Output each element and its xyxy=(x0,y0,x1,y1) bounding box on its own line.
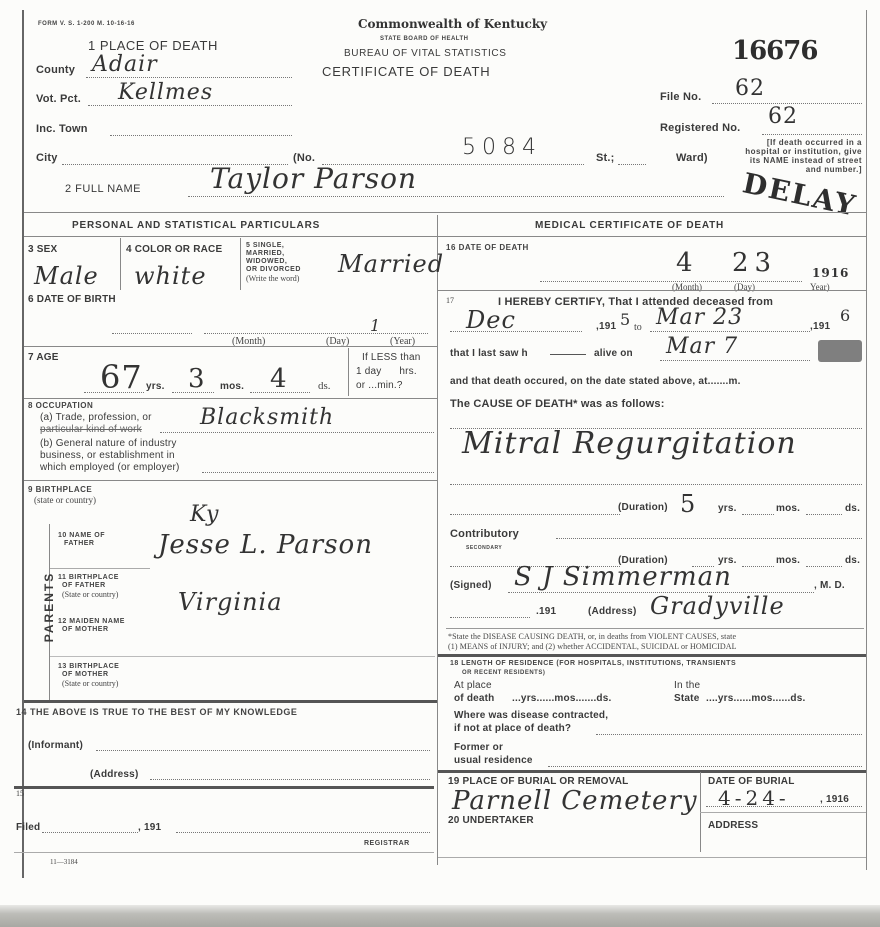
date-of-death-label: 16 DATE OF DEATH xyxy=(446,244,529,252)
cause-of-death-value: Mitral Regurgitation xyxy=(462,426,797,461)
sex-label: 3 SEX xyxy=(28,244,57,255)
cause-footnote-1: *State the DISEASE CAUSING DEATH, or, in… xyxy=(448,632,736,641)
former-residence-label-2: usual residence xyxy=(454,755,533,766)
contributory-mos-caption: mos. xyxy=(776,555,800,566)
certify-number: 17 xyxy=(446,296,454,305)
form-code: FORM V. S. 1-200 M. 10-16-16 xyxy=(38,20,135,28)
signed-year-prefix: .191 xyxy=(536,606,556,617)
cause-of-death-label: The CAUSE OF DEATH* was as follows: xyxy=(450,398,665,410)
signed-label: (Signed) xyxy=(450,580,492,591)
undertaker-label: 20 UNDERTAKER xyxy=(448,815,534,826)
filed-year-prefix: , 191 xyxy=(138,822,161,833)
less-than-min-label: or ...min.? xyxy=(356,380,403,391)
duration-ds-caption: ds. xyxy=(845,503,860,514)
age-days-value: 4 xyxy=(270,364,288,394)
age-years-value: 67 xyxy=(100,358,143,396)
filed-label: Filed xyxy=(16,822,40,833)
contributory-ds-caption: ds. xyxy=(845,555,860,566)
former-residence-label-1: Former or xyxy=(454,742,503,753)
sex-value: Male xyxy=(34,262,99,290)
marital-status-label: 5 SINGLE, MARRIED, WIDOWED, OR DIVORCED … xyxy=(246,242,301,283)
birthplace-value: Ky xyxy=(190,502,219,527)
residence-title: 18 LENGTH OF RESIDENCE (FOR HOSPITALS, I… xyxy=(450,660,736,668)
mother-maiden-name-label: 12 MAIDEN NAME OF MOTHER xyxy=(58,618,125,634)
medical-section-title: MEDICAL CERTIFICATE OF DEATH xyxy=(535,220,724,231)
residence-title-2: OR RECENT RESIDENTS) xyxy=(462,669,545,677)
commonwealth-title: Commonwealth of Kentucky xyxy=(358,17,547,31)
registered-no-label: Registered No. xyxy=(660,122,740,134)
personal-section-title: PERSONAL AND STATISTICAL PARTICULARS xyxy=(72,220,320,231)
occupation-a-label: (a) Trade, profession, or xyxy=(40,412,152,423)
death-occurred-text: and that death occured, on the date stat… xyxy=(450,376,741,387)
burial-date-year: , 1916 xyxy=(820,794,849,805)
less-than-hrs-label: 1 day hrs. xyxy=(356,366,417,377)
registered-no-value: 62 xyxy=(768,104,798,129)
color-race-value: white xyxy=(134,262,207,290)
last-saw-text: that I last saw h xyxy=(450,348,528,359)
attended-from-year-value: 5 xyxy=(620,310,631,329)
birthplace-label: 9 BIRTHPLACE xyxy=(28,486,92,494)
undertaker-address-label: ADDRESS xyxy=(708,820,758,831)
attended-to-year-prefix: ,191 xyxy=(810,321,830,332)
date-of-birth-day-value: 1 xyxy=(370,316,381,335)
full-name-value: Taylor Parson xyxy=(210,162,417,195)
occupation-b-label-2: business, or establishment in xyxy=(40,450,175,461)
attended-to-prefix: to xyxy=(634,322,642,333)
informant-label: (Informant) xyxy=(28,740,83,751)
father-birthplace-value: Virginia xyxy=(178,588,283,616)
right-border xyxy=(866,10,867,870)
form-footer-code: 11—3184 xyxy=(50,858,78,866)
at-place-label-1: At place xyxy=(454,680,492,691)
age-yrs-caption: yrs. xyxy=(146,381,165,392)
physician-address-value: Gradyville xyxy=(650,592,785,620)
place-of-death-title: 1 PLACE OF DEATH xyxy=(88,38,218,53)
left-border xyxy=(22,10,24,878)
scan-edge xyxy=(0,905,880,927)
age-ds-caption: ds. xyxy=(318,380,331,392)
death-year-value: 1916 xyxy=(812,266,849,280)
attended-to-value: Mar 23 xyxy=(656,305,743,330)
last-saw-date-value: Mar 7 xyxy=(666,334,738,359)
death-certificate: FORM V. S. 1-200 M. 10-16-16 1 PLACE OF … xyxy=(0,0,880,927)
color-race-label: 4 COLOR OR RACE xyxy=(126,244,222,255)
file-no-value: 62 xyxy=(735,76,765,101)
at-place-fields: ...yrs......mos.......ds. xyxy=(512,693,611,704)
secondary-label: SECONDARY xyxy=(466,544,502,552)
burial-date-value: 4-24- xyxy=(718,786,790,810)
duration-label: (Duration) xyxy=(618,502,668,513)
parents-label: PARENTS xyxy=(42,572,56,642)
vot-pct-value: Kellmes xyxy=(118,80,213,105)
mother-birthplace-label: 13 BIRTHPLACE OF MOTHER (State or countr… xyxy=(58,663,119,688)
file-no-label: File No. xyxy=(660,91,701,103)
father-name-value: Jesse L. Parson xyxy=(158,530,373,560)
county-value: Adair xyxy=(92,52,158,77)
cause-footnote-2: (1) MEANS of INJURY; and (2) whether ACC… xyxy=(448,642,737,651)
county-label: County xyxy=(36,64,75,76)
board-of-health: STATE BOARD OF HEALTH xyxy=(380,35,469,43)
occupation-label: 8 OCCUPATION xyxy=(28,402,93,410)
delay-stamp: DELAY xyxy=(740,166,860,222)
attended-to-year-value: 6 xyxy=(840,306,851,325)
duration-mos-caption: mos. xyxy=(776,503,800,514)
at-place-label-2: of death xyxy=(454,693,495,704)
occupation-b-label-3: which employed (or employer) xyxy=(40,462,180,473)
age-label: 7 AGE xyxy=(28,352,59,363)
occupation-trade-value: Blacksmith xyxy=(200,405,334,430)
date-of-birth-label: 6 DATE OF BIRTH xyxy=(28,294,116,305)
city-label: City xyxy=(36,152,58,164)
birthplace-caption: (state or country) xyxy=(34,495,96,505)
marital-status-value: Married xyxy=(338,250,444,278)
age-mos-caption: mos. xyxy=(220,381,244,392)
age-months-value: 3 xyxy=(188,364,206,394)
in-state-fields: ....yrs......mos......ds. xyxy=(706,693,805,704)
section-15-number: 15 xyxy=(16,789,24,798)
father-birthplace-label: 11 BIRTHPLACE OF FATHER (State or countr… xyxy=(58,574,119,599)
death-month-value: 4 xyxy=(676,248,694,278)
street-label: St.; xyxy=(596,152,615,164)
physician-address-label: (Address) xyxy=(588,606,636,617)
death-day-value: 23 xyxy=(732,248,777,278)
full-name-label: 2 FULL NAME xyxy=(65,183,141,195)
registrar-label: REGISTRAR xyxy=(364,840,410,848)
certificate-title: CERTIFICATE OF DEATH xyxy=(322,64,490,79)
occupation-a-label-2: particular kind of work xyxy=(40,424,142,435)
attended-from-value: Dec xyxy=(466,306,516,334)
in-state-label-1: In the xyxy=(674,680,700,691)
burial-place-value: Parnell Cemetery xyxy=(452,786,698,816)
street-number-value: 5084 xyxy=(462,135,542,160)
duration-years-value: 5 xyxy=(680,490,696,518)
center-divider xyxy=(437,215,438,865)
certificate-number-stamp: 16676 xyxy=(732,36,817,66)
contracted-label-1: Where was disease contracted, xyxy=(454,710,608,721)
informant-attestation: 14 THE ABOVE IS TRUE TO THE BEST OF MY K… xyxy=(16,708,297,716)
in-state-label-2: State xyxy=(674,693,699,704)
physician-signature: S J Simmerman xyxy=(514,562,732,592)
ward-label: Ward) xyxy=(676,152,708,164)
inc-town-label: Inc. Town xyxy=(36,123,88,135)
less-than-day-label: If LESS than xyxy=(362,352,421,363)
informant-address-label: (Address) xyxy=(90,769,138,780)
contributory-label: Contributory xyxy=(450,528,519,540)
vot-pct-label: Vot. Pct. xyxy=(36,93,81,105)
father-name-label: 10 NAME OF FATHER xyxy=(58,532,105,548)
redaction-mark xyxy=(818,340,862,362)
duration-yrs-caption: yrs. xyxy=(718,503,737,514)
attended-from-year-prefix: ,191 xyxy=(596,321,616,332)
occupation-b-label-1: (b) General nature of industry xyxy=(40,438,177,449)
bureau-title: BUREAU OF VITAL STATISTICS xyxy=(344,48,506,59)
contracted-label-2: if not at place of death? xyxy=(454,723,571,734)
last-saw-alive-label: alive on xyxy=(594,348,633,359)
md-label: , M. D. xyxy=(814,580,845,591)
